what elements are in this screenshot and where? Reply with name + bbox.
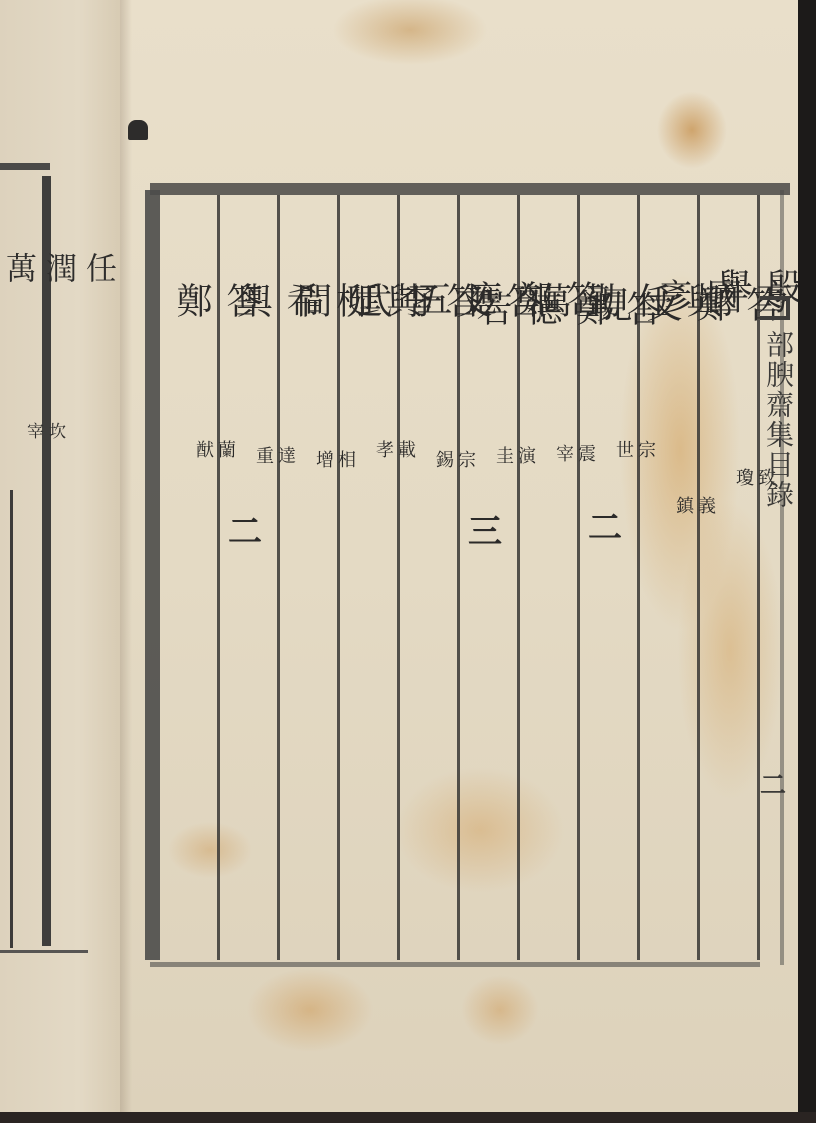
fish-tail-marker (760, 296, 790, 320)
frame-left-border (145, 190, 160, 960)
previous-page-frame-bottom (0, 950, 88, 953)
entry-note: 蘭猷 (192, 440, 236, 465)
entry-note: 演圭 (492, 446, 536, 471)
previous-page-frame-border (42, 176, 51, 946)
book-edge (798, 0, 816, 1123)
entry-count: 二 (588, 500, 622, 549)
frame-top-border (150, 183, 790, 195)
frame-bottom-border (150, 962, 760, 967)
entry-note: 達重 (252, 446, 296, 471)
previous-page: 與任潤萬 坎宰 (0, 0, 132, 1112)
entry-count: 三 (468, 504, 502, 553)
page-number: 二 (760, 765, 786, 802)
entry-count: 二 (228, 504, 262, 553)
ink-blot (128, 120, 148, 140)
entry-note: 宗錫 (432, 450, 476, 475)
previous-page-column-line (10, 490, 13, 948)
book-title: 部腴齋集目錄 (760, 330, 796, 510)
previous-page-frame-top (0, 163, 50, 170)
scan-bottom-edge (0, 1112, 816, 1123)
entry-note: 相增 (312, 450, 356, 475)
entry-note: 宗世 (612, 440, 656, 465)
entry-note: 震宰 (552, 444, 596, 469)
spine-shadow (120, 0, 132, 1112)
entry-title: 答鄭 (166, 282, 266, 320)
entry-note: 坎宰 (22, 422, 66, 439)
entry-note: 載孝 (372, 440, 416, 465)
entry-note: 義鎮 (672, 496, 716, 521)
